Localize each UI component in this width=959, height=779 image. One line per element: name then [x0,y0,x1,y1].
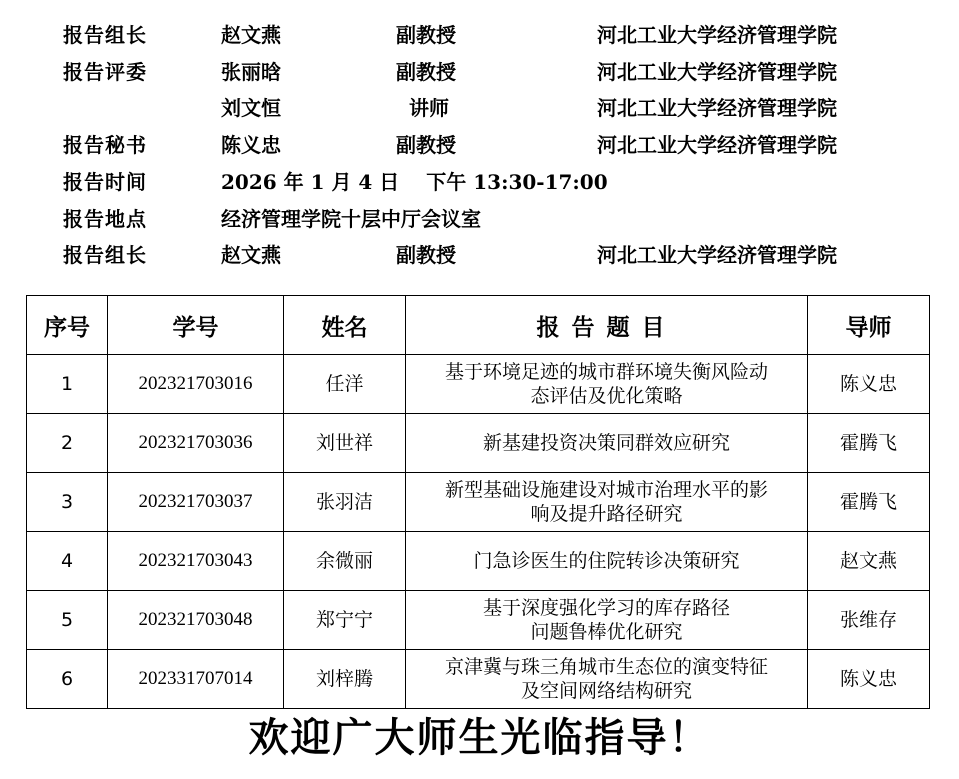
row-advisor: 张维存 [808,591,930,650]
row-topic: 新基建投资决策同群效应研究 [406,414,808,473]
table-row: 4 202321703043 余微丽 门急诊医生的住院转诊决策研究 赵文燕 [27,532,930,591]
time-value: 2026 年 1 月 4 日 下午 13:30-17:00 [221,167,608,197]
topic-line-1: 京津冀与珠三角城市生态位的演变特征 [412,655,801,679]
row-topic: 新型基础设施建设对城市治理水平的影响及提升路径研究 [406,473,808,532]
row-advisor: 陈义忠 [808,650,930,709]
row-student-id: 202331707014 [108,650,284,709]
row-advisor: 赵文燕 [808,532,930,591]
report-schedule-table: 序号 学号 姓名 报告题目 导师 1 202321703016 任洋 基于环境足… [26,295,930,709]
row-name: 任洋 [284,355,406,414]
row-topic: 京津冀与珠三角城市生态位的演变特征及空间网络结构研究 [406,650,808,709]
header-topic: 报告题目 [406,296,808,355]
info-row-judge-2: 刘文恒 讲师 河北工业大学经济管理学院 [0,93,959,123]
topic-line-2: 响及提升路径研究 [412,502,801,526]
row-topic: 基于深度强化学习的库存路径问题鲁棒优化研究 [406,591,808,650]
info-row-secretary: 报告秘书 陈义忠 副教授 河北工业大学经济管理学院 [0,130,959,160]
member-name: 陈义忠 [221,130,281,160]
row-student-id: 202321703036 [108,414,284,473]
member-name: 赵文燕 [221,20,281,50]
member-title: 副教授 [396,57,456,87]
topic-line-1: 门急诊医生的住院转诊决策研究 [412,549,801,573]
info-row-location: 报告地点 经济管理学院十层中厅会议室 [0,204,959,234]
welcome-banner: 欢迎广大师生光临指导！ [0,708,959,768]
row-student-id: 202321703048 [108,591,284,650]
role-label: 报告评委 [63,57,147,87]
member-title: 副教授 [396,20,456,50]
member-title: 副教授 [396,240,456,270]
row-advisor: 霍腾飞 [808,414,930,473]
topic-line-1: 新基建投资决策同群效应研究 [412,431,801,455]
location-label: 报告地点 [63,204,147,234]
member-name: 张丽晗 [221,57,281,87]
member-org: 河北工业大学经济管理学院 [597,20,837,50]
table-row: 1 202321703016 任洋 基于环境足迹的城市群环境失衡风险动态评估及优… [27,355,930,414]
header-name: 姓名 [284,296,406,355]
row-student-id: 202321703037 [108,473,284,532]
location-value: 经济管理学院十层中厅会议室 [221,204,481,234]
topic-line-2: 态评估及优化策略 [412,384,801,408]
role-label: 报告秘书 [63,130,147,160]
row-no: 4 [27,532,108,591]
table-row: 5 202321703048 郑宁宁 基于深度强化学习的库存路径问题鲁棒优化研究… [27,591,930,650]
row-no: 3 [27,473,108,532]
member-org: 河北工业大学经济管理学院 [597,130,837,160]
row-topic: 门急诊医生的住院转诊决策研究 [406,532,808,591]
member-name: 刘文恒 [221,93,281,123]
topic-line-2: 问题鲁棒优化研究 [412,620,801,644]
header-student-id: 学号 [108,296,284,355]
member-title: 副教授 [396,130,456,160]
table-row: 6 202331707014 刘梓腾 京津冀与珠三角城市生态位的演变特征及空间网… [27,650,930,709]
row-no: 6 [27,650,108,709]
role-label: 报告组长 [63,20,147,50]
row-name: 余微丽 [284,532,406,591]
info-row-leader-repeat: 报告组长 赵文燕 副教授 河北工业大学经济管理学院 [0,240,959,270]
row-name: 刘世祥 [284,414,406,473]
member-org: 河北工业大学经济管理学院 [597,93,837,123]
header-no: 序号 [27,296,108,355]
row-advisor: 霍腾飞 [808,473,930,532]
member-org: 河北工业大学经济管理学院 [597,57,837,87]
table-header-row: 序号 学号 姓名 报告题目 导师 [27,296,930,355]
role-label: 报告组长 [63,240,147,270]
row-student-id: 202321703016 [108,355,284,414]
topic-line-2: 及空间网络结构研究 [412,679,801,703]
table-row: 3 202321703037 张羽洁 新型基础设施建设对城市治理水平的影响及提升… [27,473,930,532]
row-name: 郑宁宁 [284,591,406,650]
row-name: 张羽洁 [284,473,406,532]
topic-line-1: 基于环境足迹的城市群环境失衡风险动 [412,360,801,384]
row-name: 刘梓腾 [284,650,406,709]
header-advisor: 导师 [808,296,930,355]
member-title: 讲师 [409,93,449,123]
info-row-leader: 报告组长 赵文燕 副教授 河北工业大学经济管理学院 [0,20,959,50]
row-advisor: 陈义忠 [808,355,930,414]
row-no: 2 [27,414,108,473]
info-row-time: 报告时间 2026 年 1 月 4 日 下午 13:30-17:00 [0,167,959,197]
member-org: 河北工业大学经济管理学院 [597,240,837,270]
row-no: 1 [27,355,108,414]
topic-line-1: 新型基础设施建设对城市治理水平的影 [412,478,801,502]
row-topic: 基于环境足迹的城市群环境失衡风险动态评估及优化策略 [406,355,808,414]
info-row-judge-1: 报告评委 张丽晗 副教授 河北工业大学经济管理学院 [0,57,959,87]
time-label: 报告时间 [63,167,147,197]
row-no: 5 [27,591,108,650]
topic-line-1: 基于深度强化学习的库存路径 [412,596,801,620]
table-row: 2 202321703036 刘世祥 新基建投资决策同群效应研究 霍腾飞 [27,414,930,473]
row-student-id: 202321703043 [108,532,284,591]
member-name: 赵文燕 [221,240,281,270]
